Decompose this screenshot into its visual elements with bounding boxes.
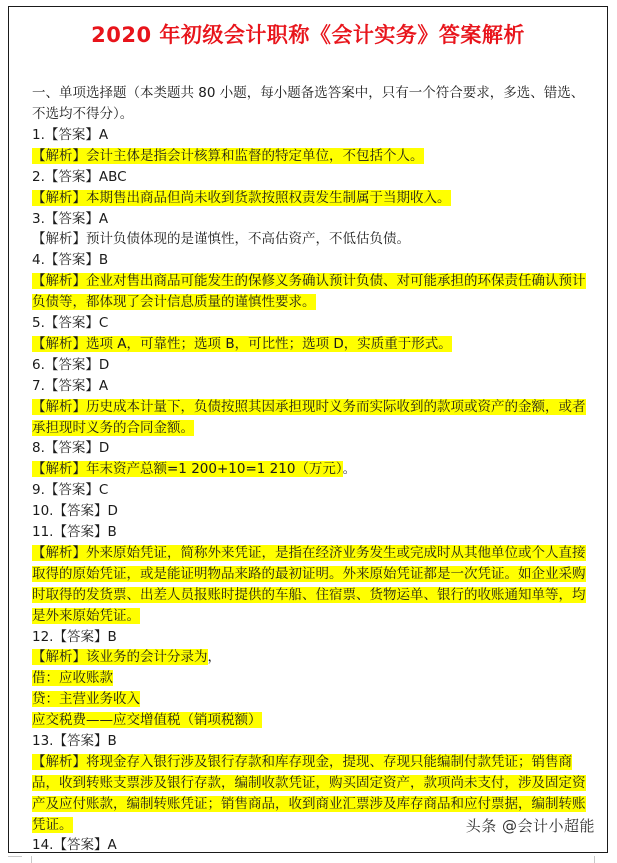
answer-line-11: 11.【答案】B bbox=[32, 522, 592, 543]
question-number: 12. bbox=[32, 629, 53, 645]
answer-line-13: 13.【答案】B bbox=[32, 731, 592, 752]
analysis-tag: 【解析】 bbox=[32, 399, 86, 415]
answer-value: C bbox=[99, 315, 108, 331]
answer-value: ABC bbox=[99, 169, 127, 185]
answer-tag: 【答案】 bbox=[53, 629, 107, 645]
page-corner-mark bbox=[594, 856, 595, 863]
answer-tag: 【答案】 bbox=[45, 252, 99, 268]
answer-tag: 【答案】 bbox=[45, 378, 99, 394]
journal-entry-tax: 应交税费——应交增值税（销项税额） bbox=[32, 710, 592, 731]
analysis-text: 预计负债体现的是谨慎性，不高估资产，不低估负债。 bbox=[86, 231, 410, 247]
analysis-tag: 【解析】 bbox=[32, 545, 86, 561]
analysis-highlight: 【解析】该业务的会计分录为 bbox=[32, 649, 208, 665]
question-number: 14. bbox=[32, 837, 53, 853]
answer-value: B bbox=[99, 252, 108, 268]
answer-value: C bbox=[99, 482, 108, 498]
answer-tag: 【答案】 bbox=[53, 524, 107, 540]
answer-tag: 【答案】 bbox=[53, 733, 107, 749]
analysis-line-4: 【解析】企业对售出商品可能发生的保修义务确认预计负债、对可能承担的环保责任确认预… bbox=[32, 271, 592, 313]
analysis-tag: 【解析】 bbox=[32, 754, 86, 770]
question-number: 11. bbox=[32, 524, 53, 540]
section-intro: 一、单项选择题（本类题共 80 小题，每小题备选答案中，只有一个符合要求，多选、… bbox=[32, 83, 592, 125]
answer-line-6: 6.【答案】D bbox=[32, 355, 592, 376]
answer-tag: 【答案】 bbox=[45, 169, 99, 185]
question-number: 1. bbox=[32, 127, 45, 143]
question-number: 9. bbox=[32, 482, 45, 498]
answer-line-10: 10.【答案】D bbox=[32, 501, 592, 522]
analysis-suffix: ， bbox=[208, 649, 222, 665]
answer-value: D bbox=[107, 503, 117, 519]
answer-line-14: 14.【答案】A bbox=[32, 835, 592, 853]
watermark: 头条 @会计小超能 bbox=[466, 815, 595, 836]
analysis-highlight: 【解析】本期售出商品但尚未收到货款按照权责发生制属于当期收入。 bbox=[32, 190, 451, 206]
answer-line-4: 4.【答案】B bbox=[32, 250, 592, 271]
analysis-suffix: 。 bbox=[343, 461, 357, 477]
journal-entry-text: 贷：主营业务收入 bbox=[32, 691, 140, 707]
answer-line-9: 9.【答案】C bbox=[32, 480, 592, 501]
answer-line-7: 7.【答案】A bbox=[32, 376, 592, 397]
answer-tag: 【答案】 bbox=[53, 837, 107, 853]
analysis-line-11: 【解析】外来原始凭证，简称外来凭证，是指在经济业务发生或完成时从其他单位或个人直… bbox=[32, 543, 592, 627]
analysis-tag: 【解析】 bbox=[32, 649, 86, 665]
answer-value: B bbox=[107, 629, 116, 645]
answer-value: A bbox=[107, 837, 116, 853]
analysis-tag: 【解析】 bbox=[32, 273, 86, 289]
answer-tag: 【答案】 bbox=[45, 482, 99, 498]
analysis-text: 本期售出商品但尚未收到货款按照权责发生制属于当期收入。 bbox=[86, 190, 451, 206]
document-page: 2020 年初级会计职称《会计实务》答案解析 一、单项选择题（本类题共 80 小… bbox=[8, 6, 608, 853]
page-corner-mark bbox=[31, 856, 32, 863]
question-number: 3. bbox=[32, 211, 45, 227]
question-number: 6. bbox=[32, 357, 45, 373]
analysis-text: 会计主体是指会计核算和监督的特定单位，不包括个人。 bbox=[86, 148, 424, 164]
question-number: 10. bbox=[32, 503, 53, 519]
analysis-line-12: 【解析】该业务的会计分录为， bbox=[32, 647, 592, 668]
analysis-line-3: 【解析】预计负债体现的是谨慎性，不高估资产，不低估负债。 bbox=[32, 229, 592, 250]
analysis-line-2: 【解析】本期售出商品但尚未收到货款按照权责发生制属于当期收入。 bbox=[32, 188, 592, 209]
document-content: 一、单项选择题（本类题共 80 小题，每小题备选答案中，只有一个符合要求，多选、… bbox=[32, 83, 592, 853]
question-number: 8. bbox=[32, 440, 45, 456]
answer-value: A bbox=[99, 378, 108, 394]
answer-value: B bbox=[107, 733, 116, 749]
journal-entry-credit: 贷：主营业务收入 bbox=[32, 689, 592, 710]
analysis-tag: 【解析】 bbox=[32, 336, 86, 352]
analysis-line-7: 【解析】历史成本计量下，负债按照其因承担现时义务而实际收到的款项或资产的金额，或… bbox=[32, 397, 592, 439]
answer-line-5: 5.【答案】C bbox=[32, 313, 592, 334]
answer-value: A bbox=[99, 127, 108, 143]
analysis-text: 外来原始凭证，简称外来凭证，是指在经济业务发生或完成时从其他单位或个人直接取得的… bbox=[32, 545, 586, 624]
question-number: 4. bbox=[32, 252, 45, 268]
answer-value: A bbox=[99, 211, 108, 227]
analysis-tag: 【解析】 bbox=[32, 231, 86, 247]
analysis-text: 企业对售出商品可能发生的保修义务确认预计负债、对可能承担的环保责任确认预计负债等… bbox=[32, 273, 586, 310]
question-number: 7. bbox=[32, 378, 45, 394]
analysis-line-8: 【解析】年末资产总额=1 200+10=1 210（万元）。 bbox=[32, 459, 592, 480]
answer-value: D bbox=[99, 440, 109, 456]
analysis-tag: 【解析】 bbox=[32, 461, 86, 477]
answer-line-2: 2.【答案】ABC bbox=[32, 167, 592, 188]
journal-entry-text: 借：应收账款 bbox=[32, 670, 113, 686]
answer-tag: 【答案】 bbox=[45, 357, 99, 373]
analysis-highlight: 【解析】选项 A，可靠性；选项 B，可比性；选项 D，实质重于形式。 bbox=[32, 336, 452, 352]
analysis-tag: 【解析】 bbox=[32, 148, 86, 164]
analysis-text: 选项 A，可靠性；选项 B，可比性；选项 D，实质重于形式。 bbox=[86, 336, 452, 352]
answer-line-3: 3.【答案】A bbox=[32, 209, 592, 230]
analysis-text: 该业务的会计分录为 bbox=[86, 649, 208, 665]
question-number: 2. bbox=[32, 169, 45, 185]
answer-tag: 【答案】 bbox=[53, 503, 107, 519]
analysis-highlight: 【解析】会计主体是指会计核算和监督的特定单位，不包括个人。 bbox=[32, 148, 424, 164]
analysis-line-5: 【解析】选项 A，可靠性；选项 B，可比性；选项 D，实质重于形式。 bbox=[32, 334, 592, 355]
answer-tag: 【答案】 bbox=[45, 440, 99, 456]
analysis-highlight: 【解析】年末资产总额=1 200+10=1 210（万元） bbox=[32, 461, 343, 477]
journal-entry-text: 应交税费——应交增值税（销项税额） bbox=[32, 712, 262, 728]
answer-tag: 【答案】 bbox=[45, 315, 99, 331]
answer-line-12: 12.【答案】B bbox=[32, 627, 592, 648]
page-corner-mark bbox=[8, 856, 22, 857]
analysis-highlight: 【解析】企业对售出商品可能发生的保修义务确认预计负债、对可能承担的环保责任确认预… bbox=[32, 273, 586, 310]
answer-value: D bbox=[99, 357, 109, 373]
question-number: 5. bbox=[32, 315, 45, 331]
analysis-tag: 【解析】 bbox=[32, 190, 86, 206]
document-title: 2020 年初级会计职称《会计实务》答案解析 bbox=[9, 21, 607, 49]
analysis-text: 年末资产总额=1 200+10=1 210（万元） bbox=[86, 461, 343, 477]
analysis-line-1: 【解析】会计主体是指会计核算和监督的特定单位，不包括个人。 bbox=[32, 146, 592, 167]
answer-tag: 【答案】 bbox=[45, 211, 99, 227]
answer-line-1: 1.【答案】A bbox=[32, 125, 592, 146]
answer-tag: 【答案】 bbox=[45, 127, 99, 143]
analysis-highlight: 【解析】外来原始凭证，简称外来凭证，是指在经济业务发生或完成时从其他单位或个人直… bbox=[32, 545, 586, 624]
answer-value: B bbox=[107, 524, 116, 540]
answer-line-8: 8.【答案】D bbox=[32, 438, 592, 459]
journal-entry-debit: 借：应收账款 bbox=[32, 668, 592, 689]
analysis-text: 历史成本计量下，负债按照其因承担现时义务而实际收到的款项或资产的金额，或者承担现… bbox=[32, 399, 586, 436]
question-number: 13. bbox=[32, 733, 53, 749]
analysis-highlight: 【解析】历史成本计量下，负债按照其因承担现时义务而实际收到的款项或资产的金额，或… bbox=[32, 399, 586, 436]
